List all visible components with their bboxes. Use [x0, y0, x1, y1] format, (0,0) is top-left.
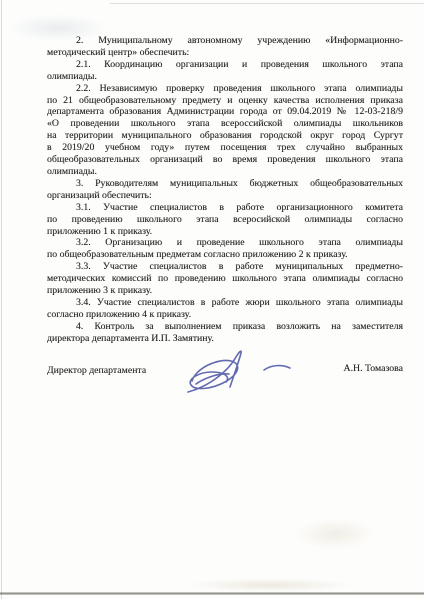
- scan-smudge: [185, 578, 355, 592]
- text-line: приложению 3 к приказу.: [47, 285, 403, 297]
- order-item-3: 3. Руководителям муниципальных бюджетных…: [47, 178, 403, 202]
- text-line: 3.1. Участие специалистов в работе орган…: [47, 202, 403, 214]
- scanned-order-page: 2. Муниципальному автономному учреждению…: [0, 0, 424, 599]
- text-line: 2. Муниципальному автономному учреждению…: [47, 35, 403, 47]
- scan-smudge: [295, 518, 375, 550]
- signer-name: А.Н. Томазова: [344, 363, 404, 374]
- text-line: по проведению школьного этапа всеросийск…: [47, 214, 403, 226]
- text-line: 4. Контроль за выполнением приказа возло…: [47, 321, 403, 333]
- order-item-3-3: 3.3. Участие специалистов в работе муниц…: [47, 261, 403, 297]
- handwritten-signature-icon: [179, 346, 309, 401]
- signer-position-label: Директор департамента: [47, 365, 146, 376]
- text-line: 2.2. Независимую проверку проведения шко…: [47, 83, 403, 95]
- order-item-2: 2. Муниципальному автономному учреждению…: [47, 35, 403, 59]
- text-line: в 2019/20 учебном году» путем посещения …: [47, 142, 403, 154]
- signature-block: Директор департамента А.Н. Томазова: [47, 348, 403, 410]
- order-body-text: 2. Муниципальному автономному учреждению…: [47, 35, 403, 345]
- order-item-2-2: 2.2. Независимую проверку проведения шко…: [47, 83, 403, 178]
- text-line: согласно приложению 4 к приказу.: [47, 309, 403, 321]
- order-item-3-4: 3.4. Участие специалистов в работе жюри …: [47, 297, 403, 321]
- scan-edge-top: [110, 3, 424, 4]
- text-line: директора департамента И.П. Замятину.: [47, 333, 403, 345]
- order-item-3-1: 3.1. Участие специалистов в работе орган…: [47, 202, 403, 238]
- text-line: 2.1. Координацию организации и проведени…: [47, 59, 403, 71]
- text-line: «О проведении школьного этапа всероссийс…: [47, 118, 403, 130]
- text-line: 3.3. Участие специалистов в работе муниц…: [47, 261, 403, 273]
- text-line: олимпиады.: [47, 166, 403, 178]
- scan-edge-bottom: [0, 592, 424, 595]
- order-item-2-1: 2.1. Координацию организации и проведени…: [47, 59, 403, 83]
- text-line: 3.4. Участие специалистов в работе жюри …: [47, 297, 403, 309]
- text-line: приложению 1 к приказу.: [47, 226, 403, 238]
- text-line: по общеобразовательным предметам согласн…: [47, 249, 403, 261]
- text-line: общеобразовательных организаций во время…: [47, 154, 403, 166]
- text-line: олимпиады.: [47, 71, 403, 83]
- text-line: 3. Руководителям муниципальных бюджетных…: [47, 178, 403, 190]
- text-line: методический центр» обеспечить:: [47, 47, 403, 59]
- text-line: департамента образования Администрации г…: [47, 106, 403, 118]
- text-line: методических комиссий по проведению школ…: [47, 273, 403, 285]
- text-line: по 21 общеобразовательному предмету и оц…: [47, 95, 403, 107]
- text-line: 3.2. Организацию и проведение школьного …: [47, 237, 403, 249]
- scan-edge-left: [1, 0, 2, 599]
- order-item-3-2: 3.2. Организацию и проведение школьного …: [47, 237, 403, 261]
- order-item-4: 4. Контроль за выполнением приказа возло…: [47, 321, 403, 345]
- text-line: на территории муниципального образования…: [47, 130, 403, 142]
- text-line: организаций обеспечить:: [47, 190, 403, 202]
